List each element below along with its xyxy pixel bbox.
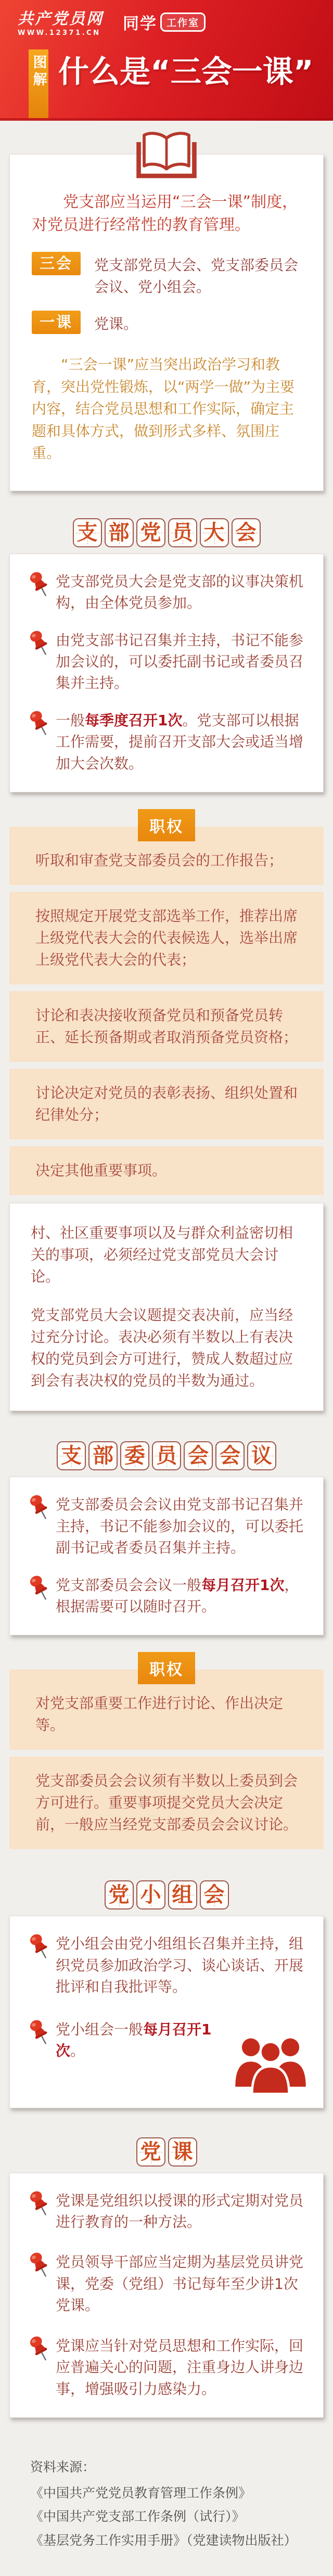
dangxiaozuhui-card: 党小组会由党小组组长召集并主持，组织党员参加政治学习、谈心谈话、开展批评和自我批… — [9, 1916, 324, 2108]
tile-char: 部 — [93, 1445, 113, 1466]
tile-char: 党 — [109, 1885, 130, 1905]
duty-item: 决定其他重要事项。 — [9, 1146, 324, 1195]
sources-footer: 资料来源： 《中国共产党党员教育管理工作条例》 《中国共产党支部工作条例（试行）… — [9, 2455, 324, 2576]
title-tile: 会 — [215, 1441, 245, 1470]
site-logo-url: WWW.12371.CN — [18, 29, 104, 37]
duty-item: 讨论决定对党员的表彰表扬、组织处置和纪律处分； — [9, 1069, 324, 1139]
title-tile: 员 — [168, 518, 197, 547]
duty-item: 讨论和表决接收预备党员和预备党员转正、延长预备期或者取消预备党员资格； — [9, 991, 324, 1062]
studio-badge: 同学 工作室 — [123, 10, 206, 34]
title-tile: 会 — [184, 1441, 213, 1470]
bullet-item: 党员领导干部应当定期为基层党员讲党课，党委（党组）书记每年至少讲1次党课。 — [25, 2250, 308, 2316]
dangyuan-dahui-extra-card: 村、社区重要事项以及与群众利益密切相关的事项，必须经过党支部党员大会讨论。 党支… — [9, 1203, 324, 1411]
tile-char: 会 — [188, 1445, 209, 1466]
pushpin-icon — [25, 709, 56, 774]
tile-char: 部 — [109, 522, 130, 543]
bullet-post: 。 — [70, 2042, 85, 2059]
pushpin-icon — [25, 1493, 56, 1558]
bullet-text: 党支部党员大会是党支部的议事决策机构，由全体党员参加。 — [56, 570, 308, 614]
intro-lead-text: 党支部应当运用“三会一课”制度，对党员进行经常性的教育管理。 — [32, 191, 301, 236]
tile-char: 员 — [156, 1445, 177, 1466]
bullet-text: 党小组会由党小组组长召集并主持，组织党员参加政治学习、谈心谈话、开展批评和自我批… — [56, 1932, 308, 1997]
site-logo-title: 共产党员网 — [18, 10, 104, 28]
bullet-item: 由党支部书记召集并主持，书记不能参加会议的，可以委托副书记或者委员召集并主持。 — [25, 629, 308, 694]
tujie-vertical-tag: 图解 — [29, 49, 48, 118]
pushpin-icon — [25, 2189, 56, 2233]
title-tile: 党 — [105, 1880, 134, 1909]
tile-char: 课 — [172, 2142, 193, 2162]
dangke-card: 党课是党组织以授课的形式定期对党员进行教育的一种方法。 党员领导干部应当定期为基… — [9, 2173, 324, 2418]
title-tile: 小 — [136, 1880, 165, 1909]
content-column: 党支部应当运用“三会一课”制度，对党员进行经常性的教育管理。 三会 党支部党员大… — [9, 130, 324, 2576]
tile-char: 支 — [77, 522, 98, 543]
title-tile: 组 — [168, 1880, 197, 1909]
extra-paragraph: 村、社区重要事项以及与群众利益密切相关的事项，必须经过党支部党员大会讨论。 — [31, 1222, 302, 1288]
pushpin-icon — [25, 2334, 56, 2400]
open-book-icon — [9, 130, 324, 180]
duty-item: 按照规定开展党支部选举工作，推荐出席上级党代表大会的代表候选人，选举出席上级党代… — [9, 892, 324, 984]
tile-char: 会 — [204, 1885, 225, 1905]
title-tile: 支 — [57, 1441, 86, 1470]
pushpin-icon — [25, 629, 56, 694]
tile-char: 支 — [61, 1445, 82, 1466]
yike-text: 党课。 — [94, 311, 138, 335]
bullet-text: 党小组会一般每月召开1次。 — [56, 2018, 227, 2062]
yike-row: 一课 党课。 — [32, 311, 301, 335]
tile-char: 会 — [236, 522, 257, 543]
bullet-pre: 党员领导干部应当定期为基层党员讲党课，党委（党组）书记每年至少讲1次党课。 — [56, 2253, 303, 2314]
title-tile: 党 — [136, 518, 165, 547]
studio-badge-label: 工作室 — [160, 12, 206, 32]
tile-char: 大 — [204, 522, 225, 543]
bullet-pre: 党支部委员会会议由党支部书记召集并主持，书记不能参加会议的，可以委托副书记或者委… — [56, 1496, 303, 1556]
intro-card: 党支部应当运用“三会一课”制度，对党员进行经常性的教育管理。 三会 党支部党员大… — [9, 154, 324, 491]
bullet-pre: 一般 — [56, 712, 85, 729]
duty-badge: 职权 — [138, 809, 195, 841]
source-item: 《中国共产党党员教育管理工作条例》 — [30, 2481, 324, 2505]
sanhui-text: 党支部党员大会、党支部委员会会议、党小组会。 — [94, 252, 301, 298]
bullet-item: 党支部委员会会议由党支部书记召集并主持，书记不能参加会议的，可以委托副书记或者委… — [25, 1493, 308, 1558]
bullet-text: 一般每季度召开1次。党支部可以根据工作需要，提前召开支部大会或适当增加大会次数。 — [56, 709, 308, 774]
duty-list: 对党支部重要工作进行讨论、作出决定等。 党支部委员会会议须有半数以上委员到会方可… — [9, 1670, 324, 1849]
yike-badge: 一课 — [32, 311, 81, 334]
tile-char: 会 — [220, 1445, 240, 1466]
bullet-text: 党课是党组织以授课的形式定期对党员进行教育的一种方法。 — [56, 2189, 308, 2233]
intro-note-text: “三会一课”应当突出政治学习和教育，突出党性锻炼，以“两学一做”为主要内容，结合… — [32, 354, 301, 465]
source-item: 《中国共产党支部工作条例（试行）》 — [30, 2505, 324, 2529]
duty-list: 听取和审查党支部委员会的工作报告； 按照规定开展党支部选举工作，推荐出席上级党代… — [9, 827, 324, 1195]
bullet-bold: 每月召开1次 — [201, 1577, 284, 1594]
bullet-pre: 党支部委员会会议一般 — [56, 1577, 201, 1594]
bullet-item: 党课是党组织以授课的形式定期对党员进行教育的一种方法。 — [25, 2189, 308, 2233]
sanhui-badge: 三会 — [32, 252, 81, 275]
title-tile: 党 — [136, 2137, 165, 2167]
tile-char: 组 — [172, 1885, 193, 1905]
title-tile: 委 — [120, 1441, 149, 1470]
duty-badge: 职权 — [138, 1652, 195, 1684]
tile-char: 党 — [140, 2142, 161, 2162]
bullet-pre: 党支部党员大会是党支部的议事决策机构，由全体党员参加。 — [56, 573, 303, 611]
bullet-item: 一般每季度召开1次。党支部可以根据工作需要，提前召开支部大会或适当增加大会次数。 — [25, 709, 308, 774]
duty-item: 党支部委员会会议须有半数以上委员到会方可进行。重要事项提交党员大会决定前，一般应… — [9, 1757, 324, 1849]
extra-paragraph: 党支部党员大会议题提交表决前，应当经过充分讨论。表决必须有半数以上有表决权的党员… — [31, 1304, 302, 1392]
page-title: 什么是“三会一课” — [58, 47, 329, 91]
bullet-pre: 由党支部书记召集并主持，书记不能参加会议的，可以委托副书记或者委员召集并主持。 — [56, 632, 303, 692]
bullet-text: 党课应当针对党员思想和工作实际，回应普遍关心的问题，注重身边人讲身边事，增强吸引… — [56, 2334, 308, 2400]
title-tile: 部 — [105, 518, 134, 547]
bullet-text: 党员领导干部应当定期为基层党员讲党课，党委（党组）书记每年至少讲1次党课。 — [56, 2250, 308, 2316]
title-tile: 部 — [88, 1441, 118, 1470]
bullet-text: 党支部委员会会议由党支部书记召集并主持，书记不能参加会议的，可以委托副书记或者委… — [56, 1493, 308, 1558]
bullet-bold: 每季度召开1次 — [85, 712, 182, 729]
tile-char: 员 — [172, 522, 193, 543]
bullet-item: 党支部党员大会是党支部的议事决策机构，由全体党员参加。 — [25, 570, 308, 614]
party-group-people-icon — [232, 2032, 310, 2098]
infographic-poster: { "header": { "logo_title": "共产党员网", "lo… — [0, 0, 333, 2576]
section-title-dangke: 党 课 — [9, 2137, 324, 2167]
section-title-weiyuanhui-huiyi: 支 部 委 员 会 会 议 — [9, 1441, 324, 1470]
site-logo: 共产党员网 WWW.12371.CN — [18, 10, 104, 37]
tile-char: 委 — [124, 1445, 145, 1466]
tile-char: 议 — [251, 1445, 272, 1466]
studio-badge-prefix: 同学 — [123, 10, 157, 34]
bullet-item: 党小组会由党小组组长召集并主持，组织党员参加政治学习、谈心谈话、开展批评和自我批… — [25, 1932, 308, 1997]
title-tile: 员 — [152, 1441, 181, 1470]
bullet-pre: 党小组会一般 — [56, 2021, 143, 2038]
bullet-item: 党支部委员会会议一般每月召开1次，根据需要可以随时召开。 — [25, 1573, 308, 1618]
source-item: 《基层党务工作实用手册》（党建读物出版社） — [30, 2529, 324, 2553]
weiyuanhui-huiyi-card: 党支部委员会会议由党支部书记召集并主持，书记不能参加会议的，可以委托副书记或者委… — [9, 1477, 324, 1635]
pushpin-icon — [25, 1573, 56, 1618]
sanhui-row: 三会 党支部党员大会、党支部委员会会议、党小组会。 — [32, 252, 301, 298]
bullet-pre: 党小组会由党小组组长召集并主持，组织党员参加政治学习、谈心谈话、开展批评和自我批… — [56, 1935, 303, 1995]
bullet-pre: 党课应当针对党员思想和工作实际，回应普遍关心的问题，注重身边人讲身边事，增强吸引… — [56, 2337, 303, 2398]
pushpin-icon — [25, 2250, 56, 2316]
title-tile: 会 — [200, 1880, 229, 1909]
title-tile: 课 — [168, 2137, 197, 2167]
bullet-pre: 党课是党组织以授课的形式定期对党员进行教育的一种方法。 — [56, 2192, 303, 2231]
pushpin-icon — [25, 2018, 56, 2062]
title-tile: 支 — [73, 518, 102, 547]
header-banner: 共产党员网 WWW.12371.CN 同学 工作室 图解 什么是“三会一课” — [0, 0, 333, 121]
section-title-dangxiaozuhui: 党 小 组 会 — [9, 1880, 324, 1909]
section-title-dangyuan-dahui: 支 部 党 员 大 会 — [9, 518, 324, 547]
bullet-text: 党支部委员会会议一般每月召开1次，根据需要可以随时召开。 — [56, 1573, 308, 1618]
tile-char: 党 — [140, 522, 161, 543]
bullet-item: 党课应当针对党员思想和工作实际，回应普遍关心的问题，注重身边人讲身边事，增强吸引… — [25, 2334, 308, 2400]
dangyuan-dahui-card: 党支部党员大会是党支部的议事决策机构，由全体党员参加。 由党支部书记召集并主持，… — [9, 554, 324, 793]
tile-char: 小 — [140, 1885, 161, 1905]
sources-label: 资料来源： — [30, 2455, 324, 2479]
bullet-text: 由党支部书记召集并主持，书记不能参加会议的，可以委托副书记或者委员召集并主持。 — [56, 629, 308, 694]
pushpin-icon — [25, 570, 56, 614]
title-tile: 会 — [232, 518, 261, 547]
pushpin-icon — [25, 1932, 56, 1997]
title-tile: 议 — [247, 1441, 276, 1470]
title-tile: 大 — [200, 518, 229, 547]
